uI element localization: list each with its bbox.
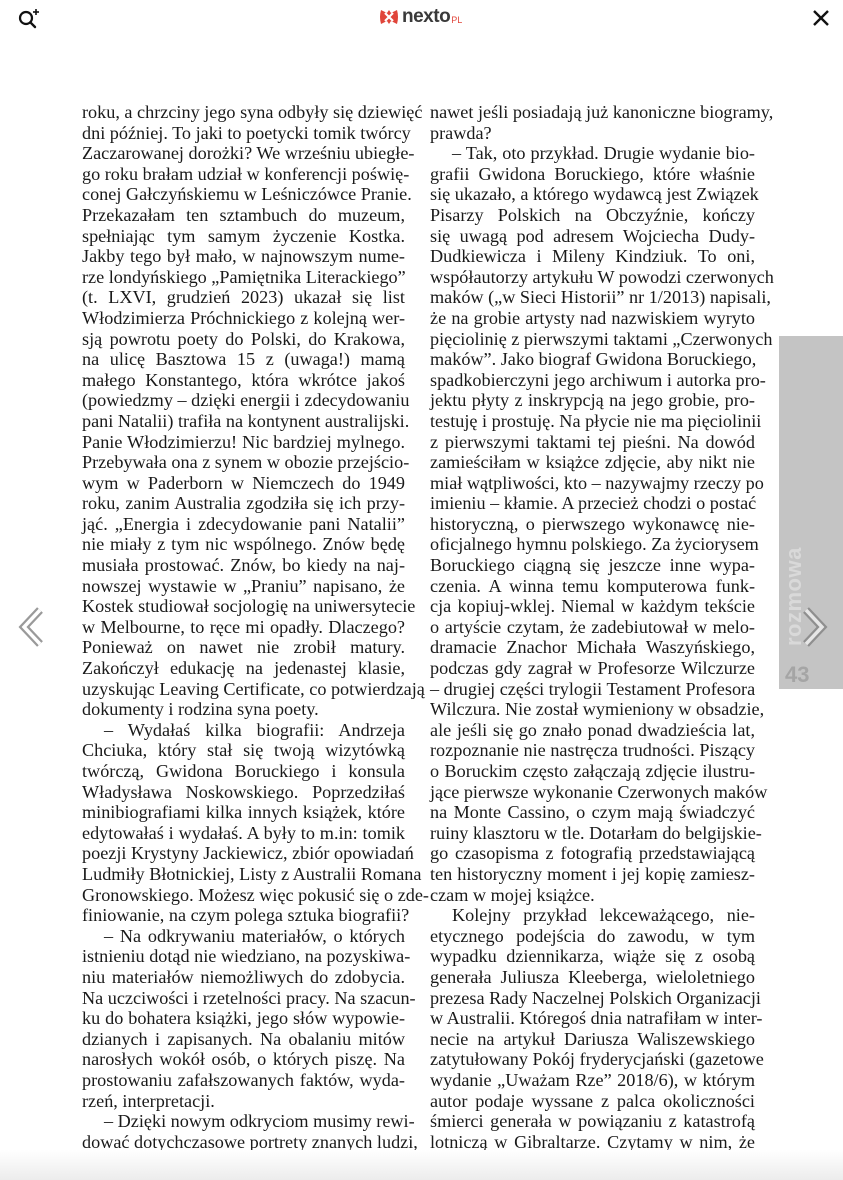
text-line: w Melbourne, to ręce mi opadły. Dlaczego… xyxy=(82,617,405,638)
text-line: ten historyczny moment i jej kopię zamie… xyxy=(430,864,755,885)
text-line: cja kopiuj-wklej. Niemal w każdym tekści… xyxy=(430,596,755,617)
text-line: rzeń, interpretacji. xyxy=(82,1091,405,1112)
zoom-in-icon xyxy=(16,6,42,30)
text-line: jąć. „Energia i zdecydowanie pani Natali… xyxy=(82,514,405,535)
chevron-right-icon xyxy=(796,604,832,650)
nexto-logo: nexto PL xyxy=(378,6,462,28)
page-number: 43 xyxy=(785,662,809,688)
text-line: ruiny klasztoru w tle. Dotarłam do belgi… xyxy=(430,823,755,844)
text-line: etycznego podejścia do zawodu, w tym xyxy=(430,926,755,947)
text-line: zamieściłam w książce zdjęcie, aby nikt … xyxy=(430,452,755,473)
text-line: ku do bohatera książki, jego słów wypowi… xyxy=(82,1008,405,1029)
text-line: maków”. Jako biograf Gwidona Boruckiego, xyxy=(430,349,755,370)
text-line: dokumenty i rodzina syna poety. xyxy=(82,699,405,720)
text-line: małego Konstantego, która wkrótce jakoś xyxy=(82,370,405,391)
interview-question: – Dzięki nowym odkryciom musimy rewi- xyxy=(82,1111,405,1132)
reader-toolbar: nexto PL xyxy=(0,0,843,36)
text-line: śmierci generała w powiązaniu z katastro… xyxy=(430,1111,755,1132)
next-page-button[interactable] xyxy=(796,604,832,650)
text-line: imieniu – kłamie. A przecież chodzi o po… xyxy=(430,493,755,514)
text-line: Boruckiego ciągną się jeszcze inne wypa- xyxy=(430,555,755,576)
text-line: zatytułowany Pokój fryderycjański (gazet… xyxy=(430,1049,755,1070)
text-line: o Boruckim często załączają zdjęcie ilus… xyxy=(430,761,755,782)
interview-question: edytowałaś i wydałaś. A były to m.in: to… xyxy=(82,823,405,844)
text-line: czenia. A winna temu komputerowa funk- xyxy=(430,576,755,597)
text-line: musiała prostować. Znów, bo kiedy na naj… xyxy=(82,555,405,576)
text-line: oficjalnego hymnu polskiego. Za życiorys… xyxy=(430,534,755,555)
text-line: miał wątpliwości, kto – nazywajmy rzeczy… xyxy=(430,473,755,494)
text-line: na Monte Cassino, o czym mają świadczyć xyxy=(430,802,755,823)
text-line: Pisarzy Polskich na Obczyźnie, kończy xyxy=(430,205,755,226)
zoom-in-button[interactable] xyxy=(16,6,42,30)
text-line: wydanie „Uważam Rze” 2018/6), w którym xyxy=(430,1070,755,1091)
text-line: jektu płyty z inskrypcją na jego grobie,… xyxy=(430,390,755,411)
interview-question: Ludmiły Błotnickiej, Listy z Australii R… xyxy=(82,864,405,885)
text-line: Na uczciwości i rzetelności pracy. Na sz… xyxy=(82,988,405,1009)
text-line: spadkobierczyni jego archiwum i autorka … xyxy=(430,370,755,391)
text-line: spełniając tym samym życzenie Kostka. xyxy=(82,226,405,247)
text-line: niu materiałów niemożliwych do zdobycia. xyxy=(82,967,405,988)
interview-question: – Wydałaś kilka biografii: Andrzeja xyxy=(82,720,405,741)
bottom-shadow xyxy=(0,1150,843,1180)
text-line: Kostek studiował socjologię na uniwersyt… xyxy=(82,596,405,617)
interview-question: finiowanie, na czym polega sztuka biogra… xyxy=(82,905,405,926)
text-line: Ponieważ on nawet nie zrobił matury. xyxy=(82,637,405,658)
text-line: go czasopisma z fotografią przedstawiają… xyxy=(430,843,755,864)
text-line: wypadku dziennikarza, wiąże się z osobą xyxy=(430,946,755,967)
text-line: (powiedzmy – dzięki energii i zdecydowan… xyxy=(82,390,405,411)
text-line: Zakończył edukację na jedenastej klasie, xyxy=(82,658,405,679)
text-line: necie na artykuł Dariusza Waliszewskiego xyxy=(430,1029,755,1050)
close-button[interactable] xyxy=(809,6,833,30)
text-line: sją powrotu poety do Polski, do Krakowa, xyxy=(82,329,405,350)
text-line: dramacie Znachor Michała Waszyńskiego, xyxy=(430,637,755,658)
text-line: prezesa Rady Naczelnej Polskich Organiza… xyxy=(430,988,755,1009)
text-line: o artyście czytam, że zadebiutował w mel… xyxy=(430,617,755,638)
close-icon xyxy=(809,6,833,30)
text-line: maków („w Sieci Historii” nr 1/2013) nap… xyxy=(430,287,755,308)
text-line: Włodzimierza Próchnickiego z kolejną wer… xyxy=(82,308,405,329)
logo-suffix: PL xyxy=(451,15,462,25)
text-line: (t. LXVI, grudzień 2023) ukazał się list xyxy=(82,287,405,308)
article-column-left: roku, a chrzciny jego syna odbyły się dz… xyxy=(82,102,405,1152)
magazine-page: nexto PL roku, a chrzciny jego syna odby… xyxy=(0,0,843,1180)
text-line: pani Natalii) trafiła na kontynent austr… xyxy=(82,411,405,432)
text-line: historyczną, o pierwszego wykonawcę nie- xyxy=(430,514,755,535)
text-line: w Australii. Któregoś dnia natrafiłam w … xyxy=(430,1008,755,1029)
text-line: Jakby tego był mało, w najnowszym nume- xyxy=(82,246,405,267)
text-line: – drugiej części trylogii Testament Prof… xyxy=(430,679,755,700)
text-line: – Tak, oto przykład. Drugie wydanie bio- xyxy=(430,143,755,164)
interview-question: minibiografiami kilka innych książek, kt… xyxy=(82,802,405,823)
text-line: uzyskując Leaving Certificate, co potwie… xyxy=(82,679,405,700)
text-line: ale jeśli się go znało ponad dwadzieścia… xyxy=(430,720,755,741)
text-line: roku, a chrzciny jego syna odbyły się dz… xyxy=(82,102,405,123)
text-line: Kolejny przykład lekceważącego, nie- xyxy=(430,905,755,926)
text-line: rze londyńskiego „Pamiętnika Literackieg… xyxy=(82,267,405,288)
text-line: Panie Włodzimierzu! Nic bardziej mylnego… xyxy=(82,432,405,453)
text-line: podczas gdy zagrał w Profesorze Wilczurz… xyxy=(430,658,755,679)
chevron-left-icon xyxy=(14,604,50,650)
text-line: pięciolinię z pierwszymi taktami „Czerwo… xyxy=(430,329,755,350)
text-line: na ulicę Basztowa 15 z (uwaga!) mamą xyxy=(82,349,405,370)
interview-question: prawda? xyxy=(430,123,755,144)
text-line: dzianych i zapisanych. Na obalaniu mitów xyxy=(82,1029,405,1050)
text-line: grafii Gwidona Boruckiego, które właśnie xyxy=(430,164,755,185)
text-line: jące pierwsze wykonanie Czerwonych maków xyxy=(430,782,755,803)
logo-brand: nexto xyxy=(402,6,450,28)
text-line: wym w Paderborn w Niemczech do 1949 xyxy=(82,473,405,494)
nexto-logo-icon xyxy=(378,7,400,27)
text-line: Wilczura. Nie został wymieniony w obsadz… xyxy=(430,699,755,720)
text-line: nie miały z tym nic wspólnego. Znów będę xyxy=(82,534,405,555)
interview-question: nawet jeśli posiadają już kanoniczne bio… xyxy=(430,102,755,123)
text-line: że na grobie artysty nad nazwiskiem wyry… xyxy=(430,308,755,329)
text-line: Przebywała ona z synem w obozie przejści… xyxy=(82,452,405,473)
text-line: generała Juliusza Kleeberga, wieloletnie… xyxy=(430,967,755,988)
text-line: Przekazałam ten sztambuch do muzeum, xyxy=(82,205,405,226)
text-line: rozpoznanie nie nastręcza trudności. Pis… xyxy=(430,740,755,761)
text-line: Zaczarowanej dorożki? We wrześniu ubiegł… xyxy=(82,143,405,164)
interview-question: twórczą, Gwidona Boruckiego i konsula xyxy=(82,761,405,782)
text-line: narosłych wokół osób, o których piszę. N… xyxy=(82,1049,405,1070)
text-line: z pierwszymi taktami tej pieśni. Na dowó… xyxy=(430,432,755,453)
text-line: prostowaniu zafałszowanych faktów, wyda- xyxy=(82,1070,405,1091)
text-line: współautorzy artykułu W powodzi czerwony… xyxy=(430,267,755,288)
interview-question: Gronowskiego. Możesz więc pokusić się o … xyxy=(82,885,405,906)
text-line: czam w mojej książce. xyxy=(430,885,755,906)
text-line: testuję i prostuję. Na płycie nie ma pię… xyxy=(430,411,755,432)
text-line: dni później. To jaki to poetycki tomik t… xyxy=(82,123,405,144)
interview-question: poezji Krystyny Jackiewicz, zbiór opowia… xyxy=(82,843,405,864)
text-line: nowszej wystawie w „Praniu” napisano, że xyxy=(82,576,405,597)
text-line: conej Gałczyńskiemu w Leśniczówce Pranie… xyxy=(82,184,405,205)
text-line: istnieniu dotąd nie wiedziano, na pozysk… xyxy=(82,946,405,967)
text-line: autor podaje wyssane z palca okolicznośc… xyxy=(430,1091,755,1112)
previous-page-button[interactable] xyxy=(14,604,50,650)
text-line: – Na odkrywaniu materiałów, o których xyxy=(82,926,405,947)
article-column-right: nawet jeśli posiadają już kanoniczne bio… xyxy=(430,102,755,1152)
interview-question: Chciuka, który stał się twoją wizytówką xyxy=(82,740,405,761)
text-line: się uwagą pod adresem Wojciecha Dudy- xyxy=(430,226,755,247)
text-line: roku, zanim Australia zgodziła się ich p… xyxy=(82,493,405,514)
text-line: go roku brałam udział w konferencji pośw… xyxy=(82,164,405,185)
text-line: Dudkiewicza i Mileny Kindziuk. To oni, xyxy=(430,246,755,267)
text-line: się ukazało, a którego wydawcą jest Zwią… xyxy=(430,184,755,205)
interview-question: Władysława Noskowskiego. Poprzedziłaś xyxy=(82,782,405,803)
